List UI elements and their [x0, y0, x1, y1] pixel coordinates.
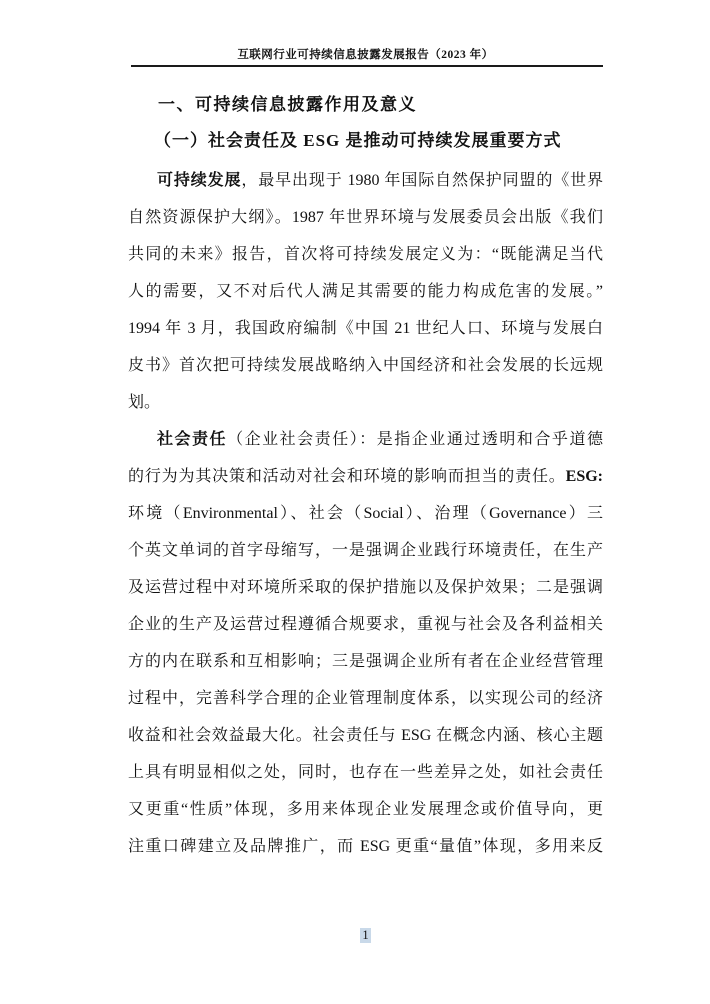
- body-line: 的行为为其决策和活动对社会和环境的影响而担当的责任。ESG:: [128, 458, 603, 495]
- body-line: 收益和社会效益最大化。社会责任与 ESG 在概念内涵、核心主题: [128, 717, 603, 754]
- text-segment: 个英文单词的首字母缩写，一是强调企业践行环境责任，在生产: [128, 542, 603, 559]
- header-rule: [131, 65, 603, 67]
- text-segment: 的行为为其决策和活动对社会和环境的影响而担当的责任。: [128, 468, 566, 485]
- text-segment: 方的内在联系和互相影响；三是强调企业所有者在企业经营管理: [128, 653, 603, 670]
- body-line: 企业的生产及运营过程遵循合规要求，重视与社会及各利益相关: [128, 606, 603, 643]
- text-segment: 收益和社会效益最大化。社会责任与 ESG 在概念内涵、核心主题: [128, 727, 603, 744]
- body-line: 注重口碑建立及品牌推广，而 ESG 更重“量值”体现，多用来反: [128, 828, 603, 865]
- body-line: 个英文单词的首字母缩写，一是强调企业践行环境责任，在生产: [128, 532, 603, 569]
- text-segment: 又更重“性质”体现，多用来体现企业发展理念或价值导向，更: [128, 801, 603, 818]
- body-line: 划。: [128, 384, 603, 421]
- subsection-heading: （一）社会责任及 ESG 是推动可持续发展重要方式: [128, 126, 603, 151]
- body-line: 1994 年 3 月，我国政府编制《中国 21 世纪人口、环境与发展白: [128, 310, 603, 347]
- body-line: 人的需要，又不对后代人满足其需要的能力构成危害的发展。”: [128, 273, 603, 310]
- body-line: 及运营过程中对环境所采取的保护措施以及保护效果；二是强调: [128, 569, 603, 606]
- body-line: 上具有明显相似之处，同时，也存在一些差异之处，如社会责任: [128, 754, 603, 791]
- body-line: 又更重“性质”体现，多用来体现企业发展理念或价值导向，更: [128, 791, 603, 828]
- running-header: 互联网行业可持续信息披露发展报告（2023 年）: [128, 46, 603, 62]
- text-segment: ，最早出现于 1980 年国际自然保护同盟的《世界: [241, 172, 603, 189]
- text-segment: （企业社会责任）：是指企业通过透明和合乎道德: [227, 431, 603, 448]
- paragraph: 社会责任（企业社会责任）：是指企业通过透明和合乎道德的行为为其决策和活动对社会和…: [128, 421, 603, 865]
- body-line: 共同的未来》报告，首次将可持续发展定义为：“既能满足当代: [128, 236, 603, 273]
- text-segment: 自然资源保护大纲》。1987 年世界环境与发展委员会出版《我们: [128, 209, 603, 226]
- bold-text-segment: 社会责任: [157, 431, 227, 448]
- body-text: 可持续发展，最早出现于 1980 年国际自然保护同盟的《世界自然资源保护大纲》。…: [128, 162, 603, 865]
- text-segment: 1994 年 3 月，我国政府编制《中国 21 世纪人口、环境与发展白: [128, 320, 603, 337]
- text-segment: 及运营过程中对环境所采取的保护措施以及保护效果；二是强调: [128, 579, 603, 596]
- text-segment: 皮书》首次把可持续发展战略纳入中国经济和社会发展的长远规: [128, 357, 603, 374]
- text-segment: 上具有明显相似之处，同时，也存在一些差异之处，如社会责任: [128, 764, 603, 781]
- text-segment: 划。: [128, 394, 160, 411]
- text-segment: 人的需要，又不对后代人满足其需要的能力构成危害的发展。”: [128, 283, 603, 300]
- body-line: 自然资源保护大纲》。1987 年世界环境与发展委员会出版《我们: [128, 199, 603, 236]
- paragraph: 可持续发展，最早出现于 1980 年国际自然保护同盟的《世界自然资源保护大纲》。…: [128, 162, 603, 421]
- text-segment: 环境（Environmental）、社会（Social）、治理（Governan…: [128, 505, 603, 522]
- bold-text-segment: ESG:: [566, 468, 603, 485]
- body-line: 社会责任（企业社会责任）：是指企业通过透明和合乎道德: [128, 421, 603, 458]
- body-line: 过程中，完善科学合理的企业管理制度体系，以实现公司的经济: [128, 680, 603, 717]
- body-line: 可持续发展，最早出现于 1980 年国际自然保护同盟的《世界: [128, 162, 603, 199]
- document-page: 互联网行业可持续信息披露发展报告（2023 年） 一、可持续信息披露作用及意义 …: [0, 0, 710, 1004]
- text-segment: 注重口碑建立及品牌推广，而 ESG 更重“量值”体现，多用来反: [128, 838, 603, 855]
- body-line: 环境（Environmental）、社会（Social）、治理（Governan…: [128, 495, 603, 532]
- page-number: 1: [360, 928, 370, 943]
- page-footer: 1: [128, 926, 603, 944]
- text-segment: 企业的生产及运营过程遵循合规要求，重视与社会及各利益相关: [128, 616, 603, 633]
- section-heading: 一、可持续信息披露作用及意义: [128, 90, 603, 115]
- text-segment: 共同的未来》报告，首次将可持续发展定义为：“既能满足当代: [128, 246, 603, 263]
- bold-text-segment: 可持续发展: [157, 172, 241, 189]
- body-line: 皮书》首次把可持续发展战略纳入中国经济和社会发展的长远规: [128, 347, 603, 384]
- running-header-title: 互联网行业可持续信息披露发展报告（2023 年）: [128, 46, 603, 62]
- body-line: 方的内在联系和互相影响；三是强调企业所有者在企业经营管理: [128, 643, 603, 680]
- text-segment: 过程中，完善科学合理的企业管理制度体系，以实现公司的经济: [128, 690, 603, 707]
